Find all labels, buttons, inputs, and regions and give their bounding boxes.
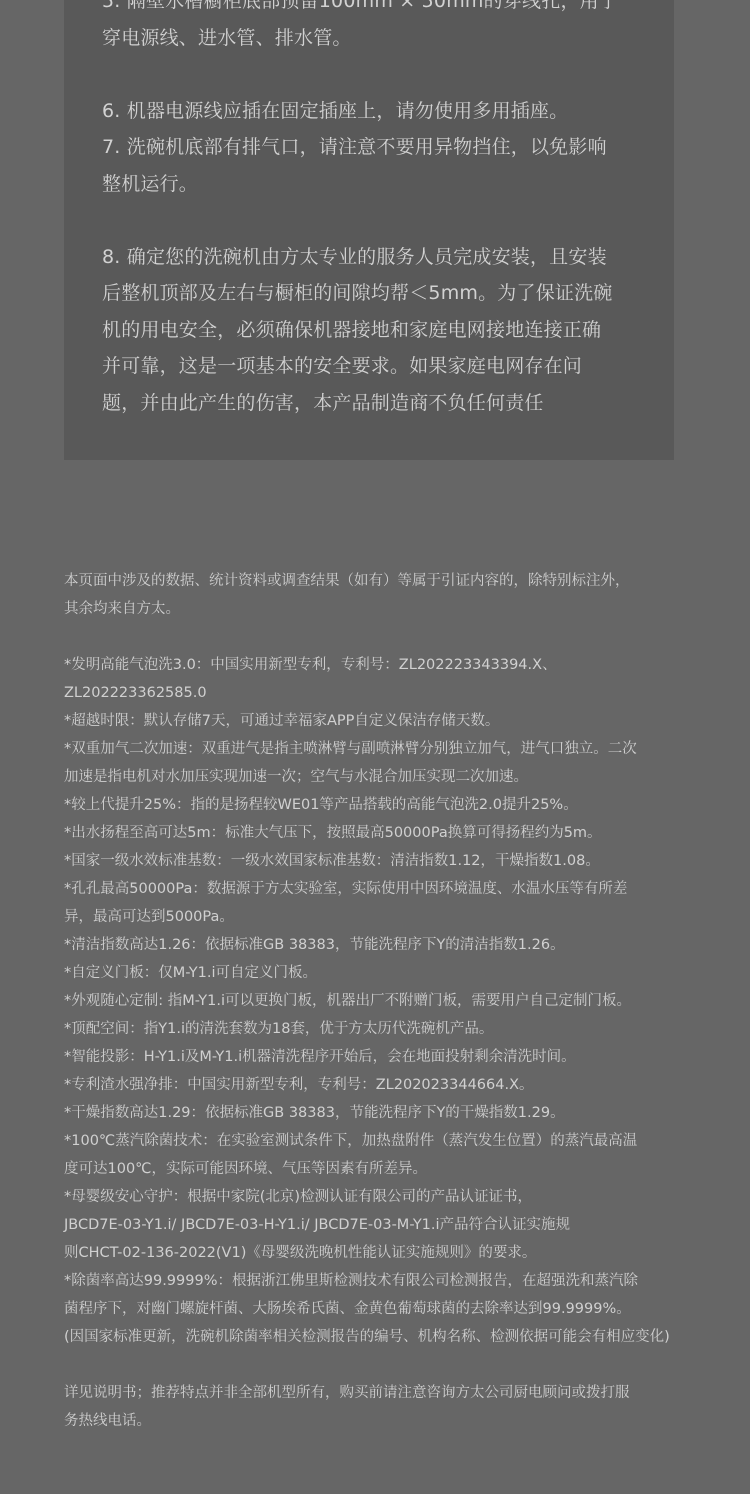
notice-line: 题，并由此产生的伤害，本产品制造商不负任何责任: [102, 385, 642, 422]
footnote-line: *出水扬程至高可达5m：标准大气压下，按照最高50000Pa换算可得扬程约为5m…: [64, 819, 714, 847]
footnote-line: ZL202223362585.0: [64, 679, 714, 707]
footnote-line: *外观随心定制: 指M-Y1.i可以更换门板，机器出厂不附赠门板，需要用户自己定…: [64, 987, 714, 1015]
footnote-line: *发明高能气泡洗3.0：中国实用新型专利，专利号：ZL202223343394.…: [64, 651, 714, 679]
footnote-line: *国家一级水效标准基数：一级水效国家标准基数：清洁指数1.12，干燥指数1.08…: [64, 847, 714, 875]
footnote-line: 加速是指电机对水加压实现加速一次；空气与水混合加压实现二次加速。: [64, 763, 714, 791]
footnote-line: 异，最高可达到5000Pa。: [64, 903, 714, 931]
footnote-line: 度可达100℃，实际可能因环境、气压等因素有所差异。: [64, 1155, 714, 1183]
footnote-line: 则CHCT-02-136-2022(V1)《母婴级洗晚机性能认证实施规则》的要求…: [64, 1239, 714, 1267]
notice-line: 8. 确定您的洗碗机由方太专业的服务人员完成安装，且安装: [102, 239, 642, 276]
intro-line: 本页面中涉及的数据、统计资料或调查结果（如有）等属于引证内容的，除特别标注外，: [64, 567, 714, 595]
footnote-line: *清洁指数高达1.26：依据标准GB 38383，节能洗程序下Y的清洁指数1.2…: [64, 931, 714, 959]
paragraph-gap: [102, 202, 642, 239]
notice-line: 5. 隔壁水槽橱柜底部预留100mm × 50mm的穿线孔，用于: [102, 0, 642, 20]
footnote-line: *较上代提升25%：指的是扬程较WE01等产品搭载的高能气泡洗2.0提升25%。: [64, 791, 714, 819]
footnotes-list: *发明高能气泡洗3.0：中国实用新型专利，专利号：ZL202223343394.…: [64, 651, 714, 1351]
notice-line: 后整机顶部及左右与橱柜的间隙均帮＜5mm。为了保证洗碗: [102, 275, 642, 312]
notice-line: 穿电源线、进水管、排水管。: [102, 20, 642, 57]
footnote-line: *100℃蒸汽除菌技术：在实验室测试条件下，加热盘附件（蒸汽发生位置）的蒸汽最高…: [64, 1127, 714, 1155]
disclaimer-footer: 本页面中涉及的数据、统计资料或调查结果（如有）等属于引证内容的，除特别标注外， …: [64, 567, 714, 1435]
notice-line: 7. 洗碗机底部有排气口，请注意不要用异物挡住，以免影响: [102, 129, 642, 166]
notice-line: 机的用电安全，必须确保机器接地和家庭电网接地连接正确: [102, 312, 642, 349]
footnote-line: *干燥指数高达1.29：依据标准GB 38383，节能洗程序下Y的干燥指数1.2…: [64, 1099, 714, 1127]
footnote-line: *自定义门板：仅M-Y1.i可自定义门板。: [64, 959, 714, 987]
notice-line: 6. 机器电源线应插在固定插座上，请勿使用多用插座。: [102, 93, 642, 130]
notice-line: 整机运行。: [102, 166, 642, 203]
intro-line: 其余均来自方太。: [64, 595, 714, 623]
footnote-line: *母婴级安心守护：根据中家院(北京)检测认证有限公司的产品认证证书，: [64, 1183, 714, 1211]
installation-notice-panel: 5. 隔壁水槽橱柜底部预留100mm × 50mm的穿线孔，用于 穿电源线、进水…: [64, 0, 674, 460]
disclaimer-closing: 详见说明书；推荐特点并非全部机型所有，购买前请注意咨询方太公司厨电顾问或拨打服 …: [64, 1379, 714, 1435]
footnote-line: JBCD7E-03-Y1.i/ JBCD7E-03-H-Y1.i/ JBCD7E…: [64, 1211, 714, 1239]
footnote-line: *孔孔最高50000Pa：数据源于方太实验室，实际使用中因环境温度、水温水压等有…: [64, 875, 714, 903]
footnote-line: *专利渣水强净排：中国实用新型专利，专利号：ZL202023344664.X。: [64, 1071, 714, 1099]
installation-notice-body: 5. 隔壁水槽橱柜底部预留100mm × 50mm的穿线孔，用于 穿电源线、进水…: [102, 0, 642, 421]
closing-line: 详见说明书；推荐特点并非全部机型所有，购买前请注意咨询方太公司厨电顾问或拨打服: [64, 1379, 714, 1407]
paragraph-gap: [102, 56, 642, 93]
closing-line: 务热线电话。: [64, 1407, 714, 1435]
paragraph-gap: [64, 1351, 714, 1379]
notice-line: 并可靠，这是一项基本的安全要求。如果家庭电网存在问: [102, 348, 642, 385]
paragraph-gap: [64, 623, 714, 651]
disclaimer-intro: 本页面中涉及的数据、统计资料或调查结果（如有）等属于引证内容的，除特别标注外， …: [64, 567, 714, 623]
footnote-line: *超越时限：默认存储7天，可通过幸福家APP自定义保洁存储天数。: [64, 707, 714, 735]
footnote-line: 菌程序下，对幽门螺旋杆菌、大肠埃希氏菌、金黄色葡萄球菌的去除率达到99.9999…: [64, 1295, 714, 1323]
footnote-line: *智能投影：H-Y1.i及M-Y1.i机器清洗程序开始后，会在地面投射剩余清洗时…: [64, 1043, 714, 1071]
footnote-line: *顶配空间：指Y1.i的清洗套数为18套，优于方太历代洗碗机产品。: [64, 1015, 714, 1043]
footnote-line: *双重加气二次加速：双重进气是指主喷淋臂与副喷淋臂分别独立加气，进气口独立。二次: [64, 735, 714, 763]
footnote-line: *除菌率高达99.9999%：根据浙江佛里斯检测技术有限公司检测报告，在超强洗和…: [64, 1267, 714, 1295]
footnote-line: (因国家标准更新，洗碗机除菌率相关检测报告的编号、机构名称、检测依据可能会有相应…: [64, 1323, 714, 1351]
